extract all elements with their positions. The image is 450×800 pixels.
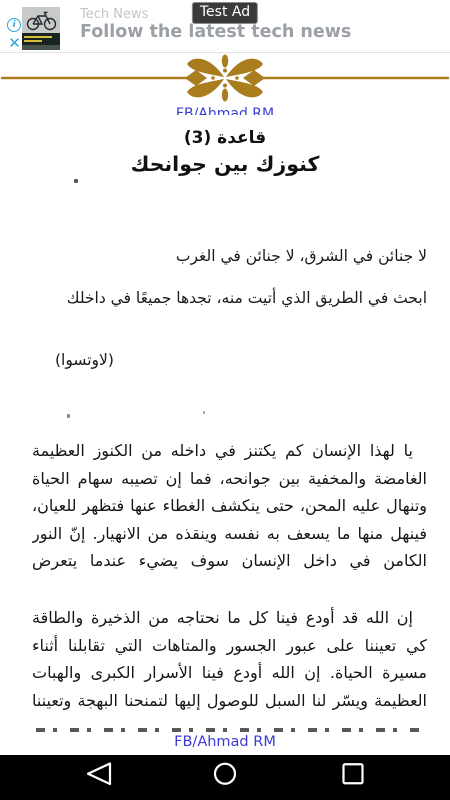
- test-ad-badge: Test Ad: [192, 2, 258, 24]
- ad-info-icon[interactable]: i: [7, 18, 21, 32]
- scan-speck: [203, 411, 205, 414]
- quote-line: لا جنائن في الشرق، لا جنائن في الغرب: [30, 247, 427, 265]
- ad-headline[interactable]: Follow the latest tech news: [80, 22, 351, 42]
- ad-banner[interactable]: i ✕ Tech News Follow the latest tech new…: [0, 0, 450, 53]
- clipped-text-line: [36, 728, 424, 732]
- body-paragraph: إن الله قد أودع فينا كل ما نحتاجه من الذ…: [32, 604, 427, 716]
- quote-attribution: (لاوتسوا): [55, 351, 114, 369]
- body-paragraph: يا لهذا الإنسان كم يكتنز في داخله من الك…: [32, 437, 427, 577]
- page-title: قاعدة (3): [0, 128, 450, 148]
- ad-thumbnail[interactable]: [22, 7, 60, 50]
- watermark-bottom: FB/Ahmad RM: [0, 734, 450, 750]
- back-button[interactable]: [70, 755, 130, 800]
- bicycle-icon: [22, 7, 60, 33]
- ad-advertiser-label: Tech News: [80, 7, 148, 22]
- quote-line: ابحث في الطريق الذي أتيت منه، تجدها جميع…: [30, 289, 427, 307]
- recents-button[interactable]: [325, 755, 385, 800]
- ornament-divider-icon: [0, 53, 450, 103]
- android-nav-bar: [0, 755, 450, 800]
- thumbnail-strip: [22, 45, 60, 50]
- page-subtitle: كنوزك بين جوانحك: [0, 152, 450, 176]
- scan-speck: [67, 414, 70, 418]
- home-button[interactable]: [195, 755, 255, 800]
- phone-screen: i ✕ Tech News Follow the latest tech new…: [0, 0, 450, 800]
- ad-close-icon[interactable]: ✕: [7, 36, 22, 51]
- scan-speck: [74, 179, 78, 183]
- watermark-top: FB/Ahmad RM: [0, 103, 450, 115]
- thumbnail-caption-band: [22, 33, 60, 45]
